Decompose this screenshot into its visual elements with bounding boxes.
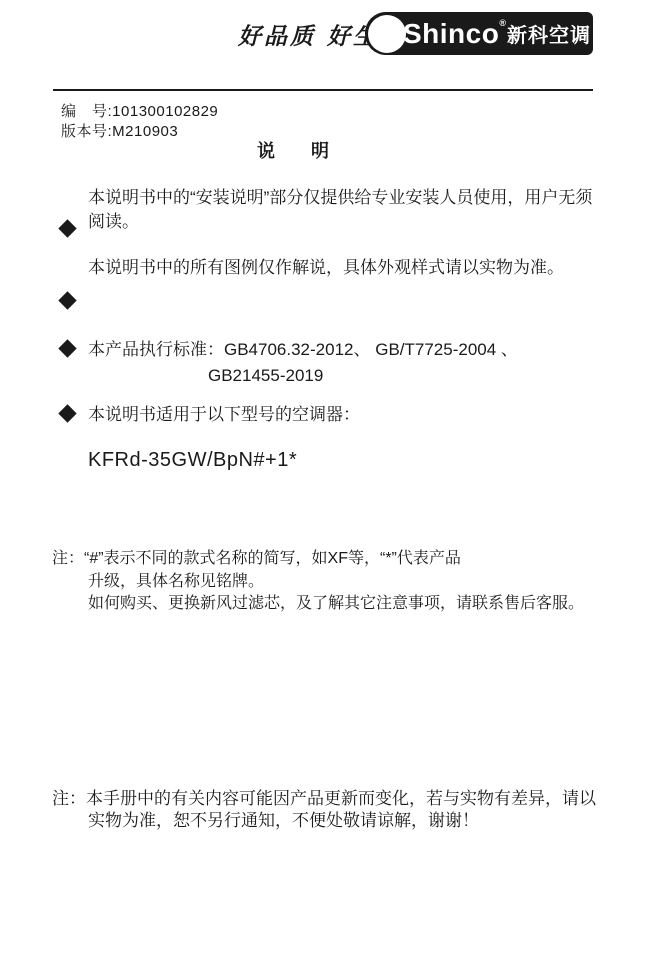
manual-page: 好品质 好生活 Shinco ® 新科空调 编 号:101300102829 版…	[0, 0, 650, 975]
logo-crescent-icon	[368, 15, 406, 53]
model-number: KFRd-35GW/BpN#+1*	[88, 449, 297, 472]
model-note-line1: 注：“#”表示不同的款式名称的简写，如XF等，“*”代表产品	[52, 550, 461, 568]
disclaimer-line1: 注：本手册中的有关内容可能因产品更新而变化，若与实物有差异，请以	[52, 789, 596, 809]
standards-line2: GB21455-2019	[208, 366, 323, 386]
shinco-logo: Shinco ® 新科空调	[365, 12, 593, 55]
serial-number: 编 号:101300102829	[61, 100, 218, 121]
diamond-bullet-icon	[58, 404, 76, 422]
registered-trademark-icon: ®	[499, 18, 506, 28]
diamond-bullet-icon	[58, 339, 76, 357]
divider-line	[53, 89, 593, 91]
model-note-line2: 升级，具体名称见铭牌。	[88, 573, 264, 591]
diamond-bullet-icon	[58, 219, 76, 237]
diamond-bullet-icon	[58, 291, 76, 309]
page-title: 说 明	[257, 137, 329, 163]
logo-text: Shinco ® 新科空调	[403, 12, 591, 55]
model-note-line3: 如何购买、更换新风过滤芯，及了解其它注意事项，请联系售后客服。	[88, 595, 584, 613]
brand-name-latin: Shinco	[403, 18, 499, 50]
note-install-line1: 本说明书中的“安装说明”部分仅提供给专业安装人员使用，用户无须	[88, 188, 592, 208]
note-install-line2: 阅读。	[88, 212, 139, 232]
standards-line1: 本产品执行标准：GB4706.32-2012、 GB/T7725-2004 、	[88, 340, 518, 360]
disclaimer-line2: 实物为准，恕不另行通知，不便处敬请谅解，谢谢！	[88, 811, 479, 831]
version-number: 版本号:M210903	[61, 120, 178, 141]
brand-name-cjk: 新科空调	[507, 19, 591, 48]
applicable-models-heading: 本说明书适用于以下型号的空调器：	[88, 405, 360, 425]
note-illustrations: 本说明书中的所有图例仅作解说，具体外观样式请以实物为准。	[88, 258, 564, 278]
